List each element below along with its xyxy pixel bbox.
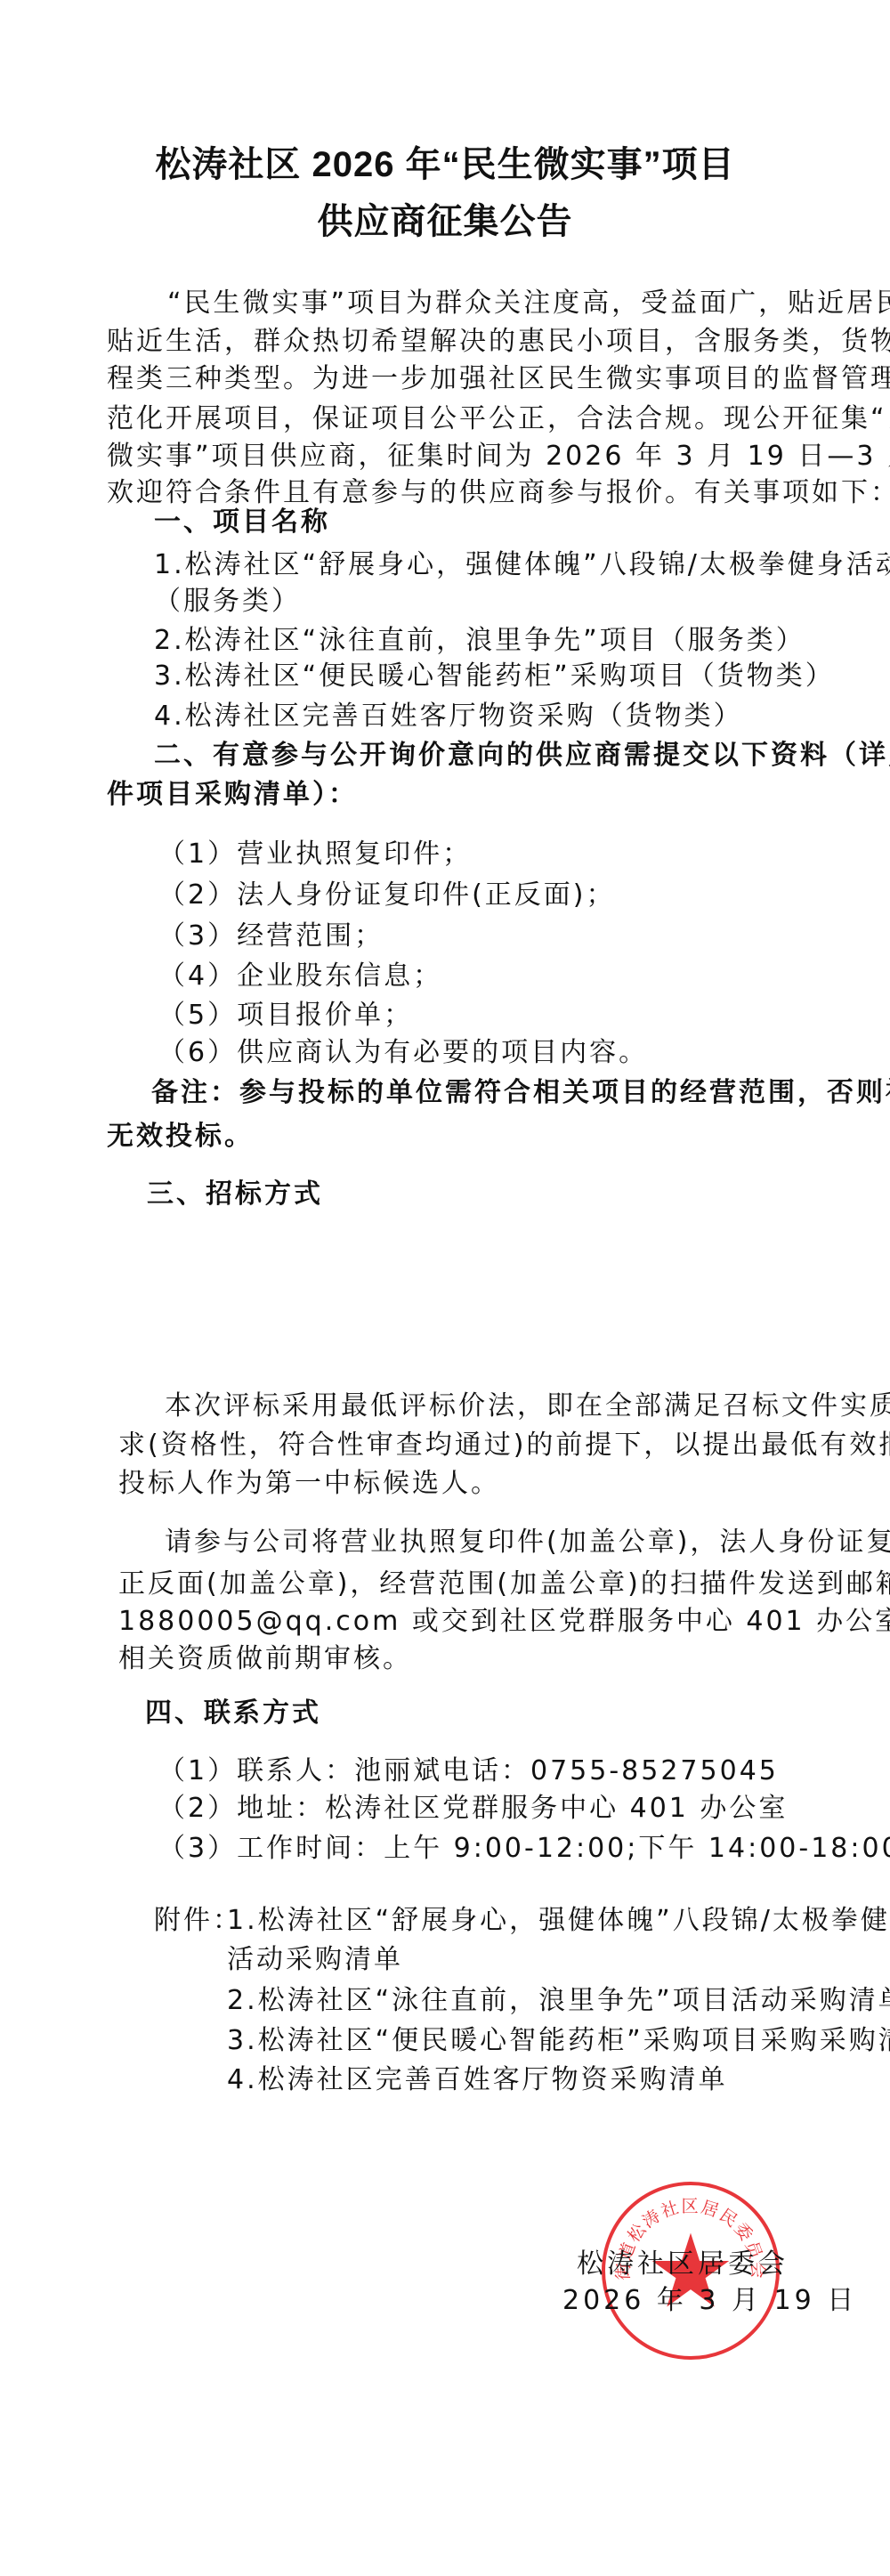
project-item-continued: （服务类） [154,584,301,620]
email-line: 1880005@qq.com 或交到社区党群服务中心 401 办公室，以便我方对 [118,1604,890,1640]
section-heading: 二、有意参与公开询价意向的供应商需提交以下资料（详见附 [154,738,890,774]
intro-line: 贴近生活，群众热切希望解决的惠民小项目，含服务类，货物类工 [107,324,890,360]
paragraph-line: 请参与公司将营业执照复印件(加盖公章)，法人身份证复印件 [165,1525,890,1560]
paragraph-line: 正反面(加盖公章)，经营范围(加盖公章)的扫描件发送到邮箱 [118,1567,890,1602]
intro-line: 微实事”项目供应商，征集时间为 2026 年 3 月 19 日—3 月 25 日… [107,439,890,474]
paragraph-line: 相关资质做前期审核。 [118,1641,412,1677]
note-line-continued: 无效投标。 [107,1119,254,1154]
section-heading: 四、联系方式 [145,1696,321,1731]
material-item: （5）项目报价单； [158,998,413,1033]
section-heading: 三、招标方式 [147,1177,323,1212]
paragraph-line: 求(资格性，符合性审查均通过)的前提下，以提出最低有效报价的 [118,1428,890,1463]
signature-org: 松涛社区居委会 [577,2247,789,2282]
attachment-item: 3.松涛社区“便民暖心智能药柜”采购项目采购采购清单 [227,2023,890,2059]
contact-phone: 电话：0755-85275045 [442,1754,779,1789]
attachment-item: 4.松涛社区完善百姓客厅物资采购清单 [227,2062,728,2098]
attachment-item: 1.松涛社区“舒展身心，强健体魄”八段锦/太极拳健身 [227,1903,890,1939]
intro-line: “民生微实事”项目为群众关注度高，受益面广，贴近居民， [167,286,890,321]
paragraph-line: 本次评标采用最低评标价法，即在全部满足召标文件实质性要 [165,1389,890,1424]
project-item: 4.松涛社区完善百姓客厅物资采购（货物类） [154,699,743,734]
project-item: 2.松涛社区“泳往直前，浪里争先”项目（服务类） [154,623,805,659]
material-item: （1）营业执照复印件； [158,837,472,872]
contact-address: （2）地址：松涛社区党群服务中心 401 办公室 [158,1791,788,1827]
project-item: 1.松涛社区“舒展身心，强健体魄”八段锦/太极拳健身活动 [154,547,890,583]
contact-person: （1）联系人：池丽斌 [158,1754,442,1789]
material-item: （3）经营范围； [158,919,384,954]
document-title-line1: 松涛社区 2026 年“民生微实事”项目 [0,142,890,187]
document-title-line2: 供应商征集公告 [0,199,890,244]
paragraph-line: 投标人作为第一中标候选人。 [118,1466,500,1502]
intro-line: 程类三种类型。为进一步加强社区民生微实事项目的监督管理，规 [107,361,890,397]
intro-line: 范化开展项目，保证项目公平公正，合法合规。现公开征集“民生 [107,401,890,437]
attachment-item-continued: 活动采购清单 [227,1942,403,1978]
material-item: （2）法人身份证复印件(正反面)； [158,878,616,913]
section-heading-continued: 件项目采购清单）： [107,777,358,813]
material-item: （6）供应商认为有必要的项目内容。 [158,1035,648,1071]
signature-date: 2026 年 3 月 19 日 [562,2283,857,2319]
material-item: （4）企业股东信息； [158,959,442,994]
project-item: 3.松涛社区“便民暖心智能药柜”采购项目（货物类） [154,659,835,694]
note-line: 备注：参与投标的单位需符合相关项目的经营范围，否则视为 [151,1075,890,1111]
contact-hours: （3）工作时间：上午 9:00-12:00;下午 14:00-18:00 [158,1831,890,1867]
attachment-item: 2.松涛社区“泳往直前，浪里争先”项目活动采购清单 [227,1983,890,2019]
section-heading: 一、项目名称 [154,505,330,540]
